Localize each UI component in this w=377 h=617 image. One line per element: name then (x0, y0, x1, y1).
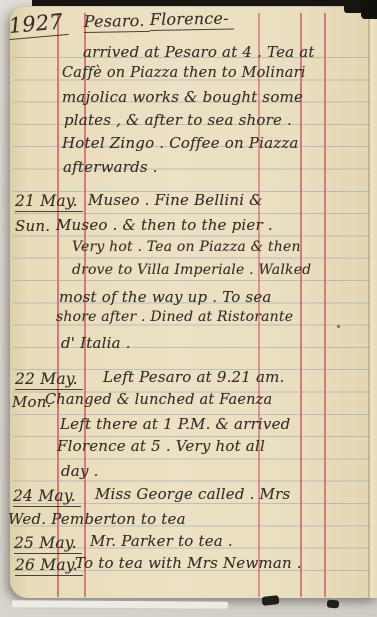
handwriting-line: arrived at Pesaro at 4 . Tea at (83, 44, 315, 61)
handwriting-line: Florence- (150, 10, 234, 31)
handwriting-line: afterwards . (63, 159, 158, 176)
handwriting-line: most of the way up . To sea (59, 289, 272, 306)
handwriting-line: Pesaro. (84, 12, 150, 33)
handwriting-line: plates , & after to sea shore . (64, 112, 292, 129)
handwriting-line: majolica works & bought some (62, 89, 303, 106)
handwriting-line: 1927 (8, 10, 69, 40)
handwriting-line: Changed & lunched at Faenza (45, 393, 272, 409)
handwriting-line: d' Italia . (61, 335, 131, 352)
handwriting-line: Hotel Zingo . Coffee on Piazza (62, 135, 299, 152)
handwriting-line: shore after . Dined at Ristorante (56, 310, 293, 325)
handwriting-line: 21 May. (15, 193, 83, 212)
handwriting-line: 25 May. (14, 535, 82, 554)
handwriting-line: Left there at 1 P.M. & arrived (60, 416, 291, 433)
handwriting-line: Florence at 5 . Very hot all (57, 438, 265, 455)
handwriting-layer: 1927Pesaro.Florence-arrived at Pesaro at… (0, 0, 377, 617)
handwriting-line: Very hot . Tea on Piazza & then (72, 240, 301, 255)
handwriting-line: Museo . & then to the pier . (56, 217, 273, 234)
handwriting-line: Museo . Fine Bellini & (88, 192, 263, 209)
handwriting-line: Wed. Pemberton to tea (8, 511, 186, 528)
handwriting-line: Left Pesaro at 9.21 am. (103, 369, 285, 386)
handwriting-line: Sun. (15, 218, 50, 235)
handwriting-line: To to tea with Mrs Newman . (75, 555, 302, 572)
handwriting-line: Mr. Parker to tea . (90, 533, 233, 550)
photo-scene: 1927Pesaro.Florence-arrived at Pesaro at… (0, 0, 377, 617)
handwriting-line: day . (61, 463, 99, 480)
handwriting-line: Miss George called . Mrs (95, 486, 290, 503)
handwriting-line: Caffè on Piazza then to Molinari (62, 66, 306, 82)
handwriting-line: 24 May. (13, 488, 81, 507)
handwriting-line: 26 May. (15, 557, 83, 576)
handwriting-line: 22 May. (15, 371, 83, 390)
handwriting-line: drove to Villa Imperiale . Walked (72, 263, 311, 278)
